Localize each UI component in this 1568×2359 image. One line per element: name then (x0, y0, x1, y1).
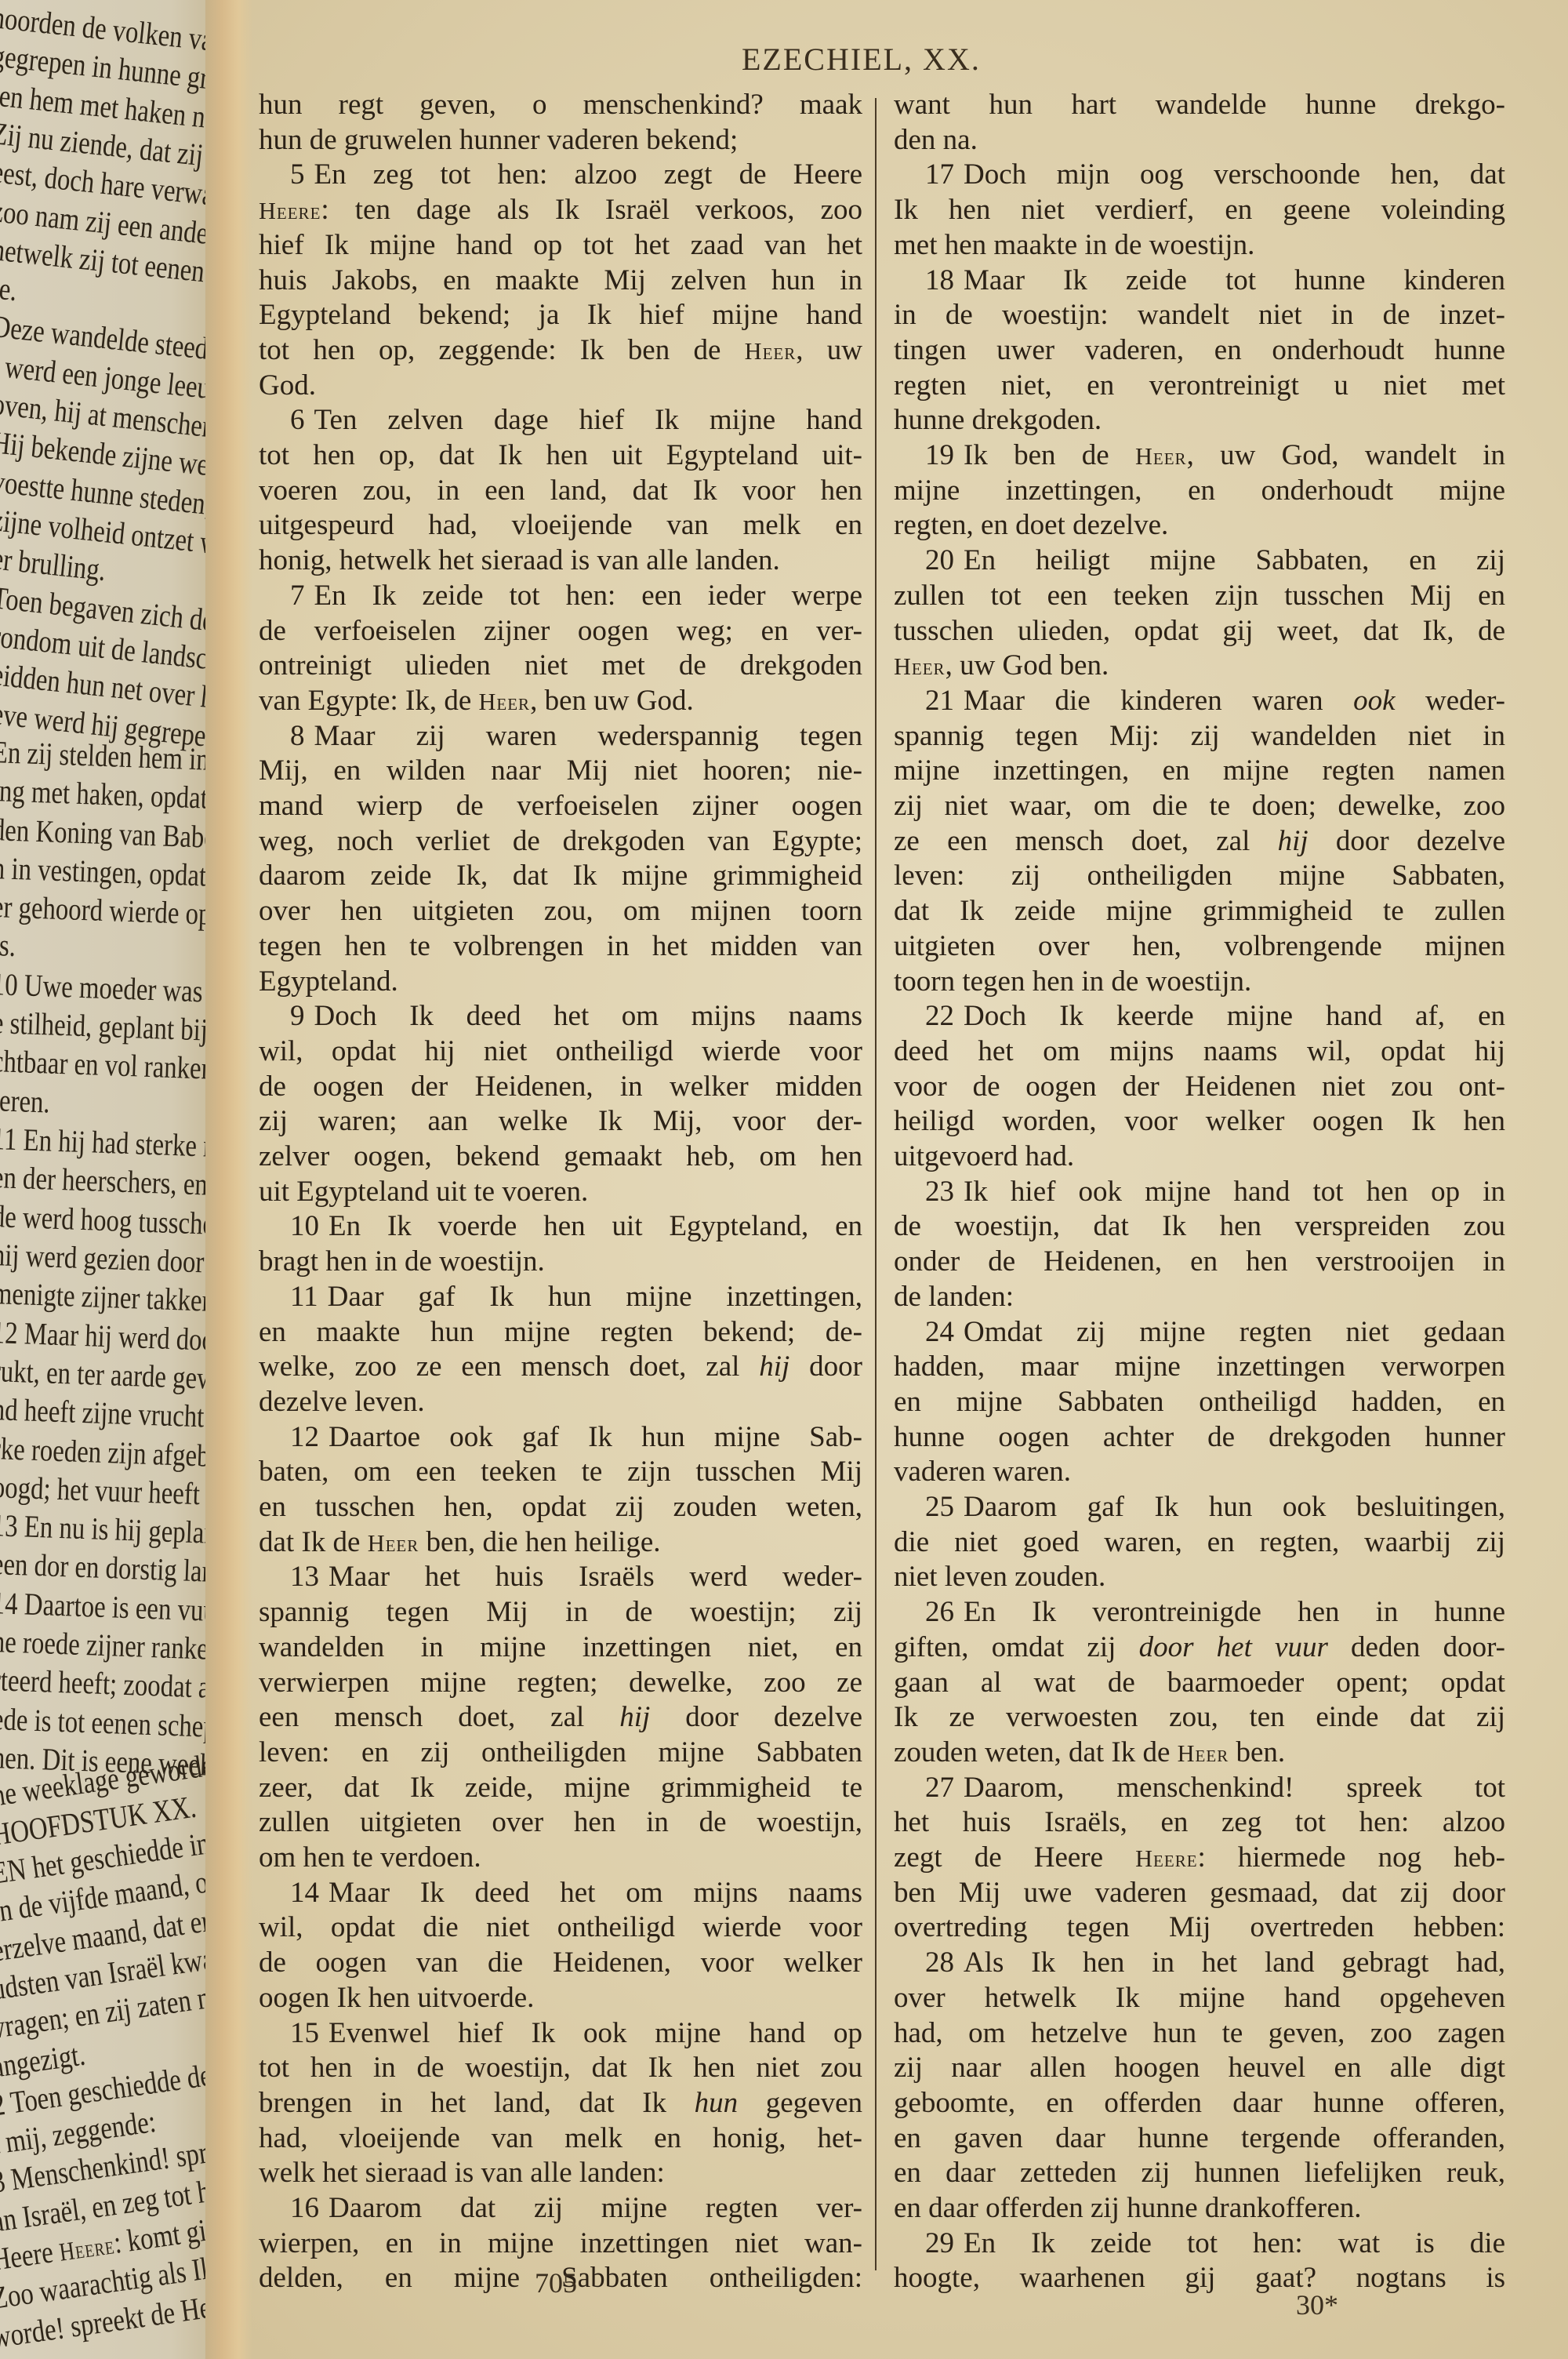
text-line: dezelve leven. (259, 1385, 862, 1420)
text-line: van Egypte: Ik, de Heer, ben uw God. (259, 684, 862, 719)
text-line: hief Ik mijne hand op tot het zaad van h… (259, 228, 862, 264)
page-number: 705 (535, 2266, 577, 2299)
text-line: uit Egypteland uit te voeren. (259, 1175, 862, 1210)
facing-text-line: er gehoord wierde op de bergen (0, 889, 213, 935)
verse-start-line: 28Als Ik hen in het land gebragt had, (894, 1946, 1505, 1981)
text-line: zullen tot een teeken zijn tusschen Mij … (894, 579, 1505, 614)
text-line: mijne inzettingen, en mijne regten namen (894, 754, 1505, 789)
text-line: de oogen der Heidenen, in welker midden (259, 1070, 862, 1105)
lord-small-caps: Heer (479, 689, 531, 715)
verse-start-line: 17Doch mijn oog verschoonde hen, dat (894, 158, 1505, 193)
lord-small-caps: Heere (57, 2231, 116, 2266)
text-line: hun de gruwelen hunner vaderen bekend; (259, 123, 862, 158)
text-line: leven: zij ontheiligden mijne Sabbaten, (894, 859, 1505, 894)
text-line: tot hen op, zeggende: Ik ben de Heer, uw (259, 333, 862, 369)
verse-number: 14 (290, 1877, 319, 1909)
verse-number: 19 (925, 439, 954, 471)
text-line: dat Ik de Heer ben, die hen heilige. (259, 1525, 862, 1561)
verse-number: 23 (925, 1176, 954, 1208)
text-line: zullen uitgieten over hen in de woestijn… (259, 1805, 862, 1841)
text-line: voor de oogen der Heidenen niet zou ont- (894, 1070, 1505, 1105)
facing-text-line: chtbaar en vol ranken van (0, 1044, 213, 1088)
text-line: de woestijn, dat Ik hen verspreiden zou (894, 1209, 1505, 1245)
text-line: oogen Ik hen uitvoerde. (259, 1981, 862, 2016)
text-line: zeer, dat Ik zeide, mijne grimmigheid te (259, 1771, 862, 1806)
verse-start-line: 16Daarom dat zij mijne regten ver- (259, 2191, 862, 2226)
text-line: Ik ze verwoesten zou, ten einde dat zij (894, 1700, 1505, 1736)
text-line: vaderen waren. (894, 1455, 1505, 1490)
text-line: zij waren; aan welke Ik Mij, voor der- (259, 1104, 862, 1140)
text-line: het huis Israëls, en zeg tot hen: alzoo (894, 1805, 1505, 1841)
verse-start-line: 19Ik ben de Heer, uw God, wandelt in (894, 438, 1505, 474)
text-line: leven: en zij ontheiligden mijne Sabbate… (259, 1736, 862, 1771)
text-line: hunne drekgoden. (894, 403, 1505, 438)
verse-number: 24 (925, 1316, 954, 1348)
verse-number: 17 (925, 158, 954, 191)
verse-number: 21 (925, 685, 954, 717)
verse-number: 8 (290, 720, 305, 752)
verse-number: 25 (925, 1491, 954, 1523)
verse-number: 16 (290, 2192, 319, 2224)
text-line: uitgespeurd had, vloeijende van melk en (259, 508, 862, 543)
text-line: wil, opdat die niet ontheiligd wierde vo… (259, 1910, 862, 1946)
lord-small-caps: Heere (1135, 1845, 1197, 1872)
facing-text-line: teren. (0, 1083, 50, 1120)
text-line: God. (259, 369, 862, 404)
text-line: had, vloeijende van melk en honig, het- (259, 2121, 862, 2157)
text-line: Heer, uw God ben. (894, 649, 1505, 684)
verse-start-line: 10En Ik voerde hen uit Egypteland, en (259, 1209, 862, 1245)
verse-start-line: 5En zeg tot hen: alzoo zegt de Heere (259, 158, 862, 193)
running-head: EZECHIEL, XX. (742, 41, 981, 78)
verse-number: 6 (290, 404, 305, 436)
text-line: en mijne Sabbaten ontheiligd hadden, en (894, 1385, 1505, 1420)
text-line: Egypteland bekend; ja Ik hief mijne hand (259, 298, 862, 333)
text-line: verwierpen mijne regten; dewelke, zoo ze (259, 1666, 862, 1701)
verse-number: 12 (290, 1421, 319, 1453)
text-line: huis Jakobs, en maakte Mij zelven hun in (259, 264, 862, 299)
text-line: tegen hen te volbrengen in het midden va… (259, 929, 862, 965)
lord-small-caps: Heere (259, 198, 321, 224)
text-line: hoogte, waarhenen gij gaat? nogtans is (894, 2261, 1505, 2296)
verse-start-line: 25Daarom gaf Ik hun ook besluitingen, (894, 1490, 1505, 1525)
text-line: en daar zetteden zij hunnen liefelijken … (894, 2156, 1505, 2191)
text-line: de oogen van die Heidenen, voor welker (259, 1946, 862, 1981)
text-line: in de woestijn: wandelt niet in de inzet… (894, 298, 1505, 333)
lord-small-caps: Heer (745, 338, 797, 365)
text-line: honig, hetwelk het sieraad is van alle l… (259, 543, 862, 579)
text-line: baten, om een teeken te zijn tusschen Mi… (259, 1455, 862, 1490)
text-line: tot hen in de woestijn, dat Ik hen niet … (259, 2051, 862, 2086)
text-line: de landen: (894, 1280, 1505, 1315)
verse-number: 7 (290, 580, 305, 612)
text-line: mijne inzettingen, en onderhoudt mijne (894, 474, 1505, 509)
text-line: tingen uwer vaderen, en onderhoudt hunne (894, 333, 1505, 369)
verse-start-line: 23Ik hief ook mijne hand tot hen op in (894, 1175, 1505, 1210)
text-line: hun regt geven, o menschenkind? maak (259, 88, 862, 123)
text-line: ze een mensch doet, zal hij door dezelve (894, 824, 1505, 860)
facing-text-line: ede is tot eenen schepter, om (0, 1702, 213, 1747)
text-line: hadden, maar mijne inzettingen verworpen (894, 1350, 1505, 1385)
text-line: en maakte hun mijne regten bekend; de- (259, 1315, 862, 1350)
verse-start-line: 18Maar Ik zeide tot hunne kinderen (894, 264, 1505, 299)
verse-start-line: 27Daarom, menschenkind! spreek tot (894, 1771, 1505, 1806)
text-line: tot hen op, dat Ik hen uit Egypteland ui… (259, 438, 862, 474)
book-gutter (205, 0, 252, 2359)
verse-start-line: 24Omdat zij mijne regten niet gedaan (894, 1315, 1505, 1350)
text-line: tusschen ulieden, opdat gij weet, dat Ik… (894, 614, 1505, 649)
verse-start-line: 9Doch Ik deed het om mijns naams (259, 999, 862, 1034)
text-line: weg, noch verliet de drekgoden van Egypt… (259, 824, 862, 860)
book-page: hoorden de volken vangegrepen in hunne g… (0, 0, 1568, 2359)
text-line: welk het sieraad is van alle landen: (259, 2156, 862, 2191)
facing-text-line: een dor en dorstig land. (0, 1547, 213, 1590)
text-line: en gaven daar hunne tergende offeranden, (894, 2121, 1505, 2157)
text-line: ben Mij uwe vaderen gesmaad, dat zij doo… (894, 1876, 1505, 1911)
verse-start-line: 13Maar het huis Israëls werd weder- (259, 1560, 862, 1595)
facing-text-line: rteerd heeft; zoodat aan hem (0, 1663, 213, 1707)
text-line: uitgevoerd had. (894, 1140, 1505, 1175)
text-line: hunne oogen achter de drekgoden hunner (894, 1420, 1505, 1456)
facing-text-line: le. (0, 271, 19, 307)
text-line: zelver oogen, bekend gemaakt heb, om hen (259, 1140, 862, 1175)
verse-start-line: 20En heiligt mijne Sabbaten, en zij (894, 543, 1505, 579)
verse-number: 5 (290, 158, 305, 191)
text-line: zij naar allen hoogen heuvel en alle dig… (894, 2051, 1505, 2086)
verse-number: 26 (925, 1596, 954, 1628)
text-line: zij niet waar, om die te doen; dewelke, … (894, 789, 1505, 824)
text-line: zegt de Heere Heere: hiermede nog heb- (894, 1841, 1505, 1876)
text-line: want hun hart wandelde hunne drekgo- (894, 88, 1505, 123)
verse-start-line: 14Maar Ik deed het om mijns naams (259, 1876, 862, 1911)
text-line: giften, omdat zij door het vuur deden do… (894, 1630, 1505, 1666)
text-line: met hen maakte in de woestijn. (894, 228, 1505, 264)
text-line: spannig tegen Mij: zij wandelden niet in (894, 719, 1505, 754)
text-line: spannig tegen Mij in de woestijn; zij (259, 1595, 862, 1630)
lord-small-caps: Heer (894, 653, 946, 680)
verse-start-line: 26En Ik verontreinigde hen in hunne (894, 1595, 1505, 1630)
text-line: en daar offerden zij hunne drankofferen. (894, 2191, 1505, 2226)
facing-text-line: er brulling. (0, 541, 107, 587)
text-line: niet leven zouden. (894, 1560, 1505, 1595)
verse-start-line: 12Daartoe ook gaf Ik hun mijne Sab- (259, 1420, 862, 1456)
facing-text-line: den Koning van Babel; zij (0, 812, 213, 856)
text-line: over hetwelk Ik mijne hand opgeheven (894, 1981, 1505, 2016)
verse-number: 28 (925, 1946, 954, 1979)
verse-number: 11 (290, 1281, 318, 1313)
text-line: uitgieten over hen, volbrengende mijnen (894, 929, 1505, 965)
verse-number: 22 (925, 1000, 954, 1032)
verse-number: 10 (290, 1210, 319, 1242)
text-line: gaan al wat de baarmoeder opent; opdat (894, 1666, 1505, 1701)
text-line: Egypteland. (259, 965, 862, 1000)
verse-number: 29 (925, 2227, 954, 2259)
text-line: deed het om mijns naams wil, opdat hij (894, 1034, 1505, 1070)
facing-text-line: menigte zijner takken. (0, 1276, 213, 1318)
verse-start-line: 6Ten zelven dage hief Ik mijne hand (259, 403, 862, 438)
text-line: wandelden in mijne inzettingen niet, en (259, 1630, 862, 1666)
text-line: heiligd worden, voor welker oogen Ik hen (894, 1104, 1505, 1140)
text-line: mand wierp de verfoeiselen zijner oogen (259, 789, 862, 824)
text-line: bragt hen in de woestijn. (259, 1245, 862, 1280)
verse-number: 13 (290, 1561, 319, 1593)
verse-start-line: 22Doch Ik keerde mijne hand af, en (894, 999, 1505, 1034)
text-line: die niet goed waren, en regten, waarbij … (894, 1525, 1505, 1561)
text-line: regten, en doet dezelve. (894, 508, 1505, 543)
text-line: overtreding tegen Mij overtreden hebben: (894, 1910, 1505, 1946)
text-line: zouden weten, dat Ik de Heer ben. (894, 1736, 1505, 1771)
facing-text-line: ls. (0, 928, 16, 963)
signature-mark: 30* (1296, 2288, 1338, 2321)
lord-small-caps: Heer (1178, 1740, 1229, 1767)
text-line: toorn tegen hen in de woestijn. (894, 965, 1505, 1000)
text-line: welke, zoo ze een mensch doet, zal hij d… (259, 1350, 862, 1385)
verse-number: 18 (925, 264, 954, 296)
verse-start-line: 21Maar die kinderen waren ook weder- (894, 684, 1505, 719)
text-line: wil, opdat hij niet ontheiligd wierde vo… (259, 1034, 862, 1070)
text-line: de verfoeiselen zijner oogen weg; en ver… (259, 614, 862, 649)
text-line: geboomte, en offerden daar hunne offeren… (894, 2086, 1505, 2121)
verse-start-line: 7En Ik zeide tot hen: een ieder werpe (259, 579, 862, 614)
facing-text-line: en der heerschers, en de stam (0, 1160, 213, 1205)
verse-number: 9 (290, 1000, 305, 1032)
verse-number: 15 (290, 2017, 319, 2049)
facing-text-line: ing met haken, opdat zij hem (0, 773, 213, 818)
text-line: Heere: ten dage als Ik Israël verkoos, z… (259, 193, 862, 228)
text-line: Ik hen niet verdierf, en geene voleindin… (894, 193, 1505, 228)
verse-number: 27 (925, 1772, 954, 1804)
column-divider (875, 98, 877, 2270)
verse-start-line: 15Evenwel hief Ik ook mijne hand op (259, 2016, 862, 2052)
lord-small-caps: Heer (368, 1530, 419, 1557)
text-line: Mij, en wilden naar Mij niet hooren; nie… (259, 754, 862, 789)
text-line: had, om hetzelve hun te geven, zoo zagen (894, 2016, 1505, 2052)
text-line: voeren zou, in een land, dat Ik voor hen (259, 474, 862, 509)
facing-text-line: rke roeden zijn afgebroken en (0, 1431, 213, 1477)
text-line: over hen uitgieten zou, om mijnen toorn (259, 894, 862, 929)
text-line: en tusschen hen, opdat zij zouden weten, (259, 1490, 862, 1525)
verse-start-line: 29En Ik zeide tot hen: wat is die (894, 2226, 1505, 2262)
text-line: brengen in het land, dat Ik hun gegeven (259, 2086, 862, 2121)
text-line: dat Ik zeide mijne grimmigheid te zullen (894, 894, 1505, 929)
text-line: den na. (894, 123, 1505, 158)
text-line: ontreinigt ulieden niet met de drekgoden (259, 649, 862, 684)
text-line: daarom zeide Ik, dat Ik mijne grimmighei… (259, 859, 862, 894)
verse-start-line: 11Daar gaf Ik hun mijne inzettingen, (259, 1280, 862, 1315)
text-line: wierpen, en in mijne inzettingen niet wa… (259, 2226, 862, 2262)
facing-text-line: ne roede zijner ranken, dat (0, 1624, 213, 1668)
text-line: regten niet, en verontreinigt u niet met (894, 369, 1505, 404)
verse-number: 20 (925, 544, 954, 576)
verse-start-line: 8Maar zij waren wederspannig tegen (259, 719, 862, 754)
facing-page-strip: hoorden de volken vangegrepen in hunne g… (0, 0, 213, 2359)
text-line: een mensch doet, zal hij door dezelve (259, 1700, 862, 1736)
lord-small-caps: Heer (1135, 443, 1187, 470)
text-line: om hen te verdoen. (259, 1841, 862, 1876)
text-line: onder de Heidenen, en hen verstrooijen i… (894, 1245, 1505, 1280)
